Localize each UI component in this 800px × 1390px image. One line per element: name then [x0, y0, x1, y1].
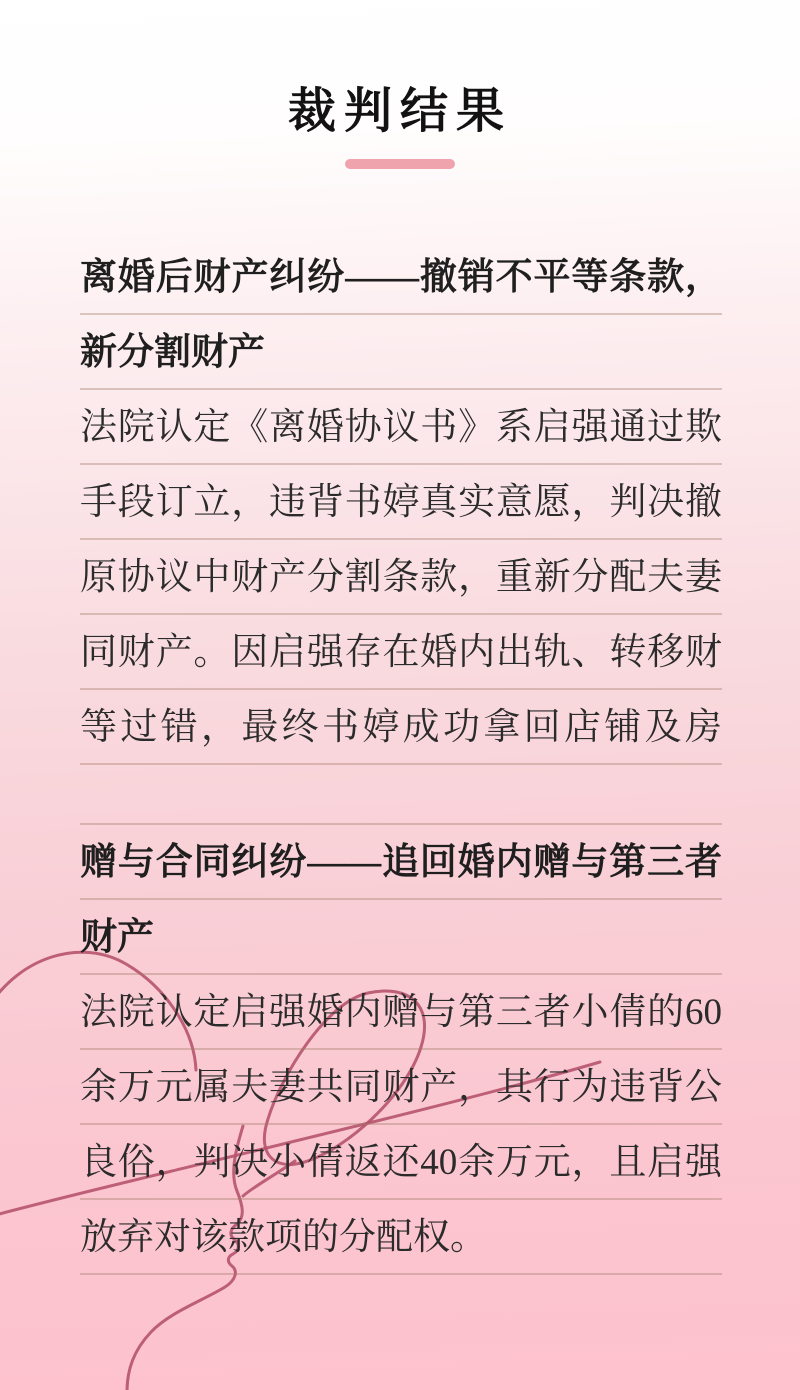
section1-heading-line: 新分割财产: [80, 315, 722, 390]
section2-body-line: 放弃对该款项的分配权。: [80, 1200, 722, 1275]
section1-body-line: 法院认定《离婚协议书》系启强通过欺诈: [80, 390, 722, 465]
section1-body-line: 同财产。因启强存在婚内出轨、转移财产: [80, 615, 722, 690]
ruled-text-block: 离婚后财产纠纷——撤销不平等条款，重 新分割财产 法院认定《离婚协议书》系启强通…: [80, 240, 722, 1275]
section2-body-line: 法院认定启强婚内赠与第三者小倩的60: [80, 975, 722, 1050]
section2-heading-line: 财产: [80, 900, 722, 975]
section1-body-line: 手段订立，违背书婷真实意愿，判决撤销: [80, 465, 722, 540]
section1-body-line: 等过错，最终书婷成功拿回店铺及房产。: [80, 690, 722, 765]
page-title: 裁判结果: [0, 72, 800, 141]
section1-body-line: 原协议中财产分割条款，重新分配夫妻共: [80, 540, 722, 615]
header: 裁判结果: [0, 72, 800, 169]
title-underline-bar: [345, 159, 455, 169]
ruled-spacer-line: [80, 765, 722, 825]
section2-heading-line: 赠与合同纠纷——追回婚内赠与第三者的: [80, 825, 722, 900]
section1-heading-line: 离婚后财产纠纷——撤销不平等条款，重: [80, 240, 722, 315]
section2-body-line: 良俗，判决小倩返还40余万元，且启强: [80, 1125, 722, 1200]
section2-body-line: 余万元属夫妻共同财产，其行为违背公序: [80, 1050, 722, 1125]
